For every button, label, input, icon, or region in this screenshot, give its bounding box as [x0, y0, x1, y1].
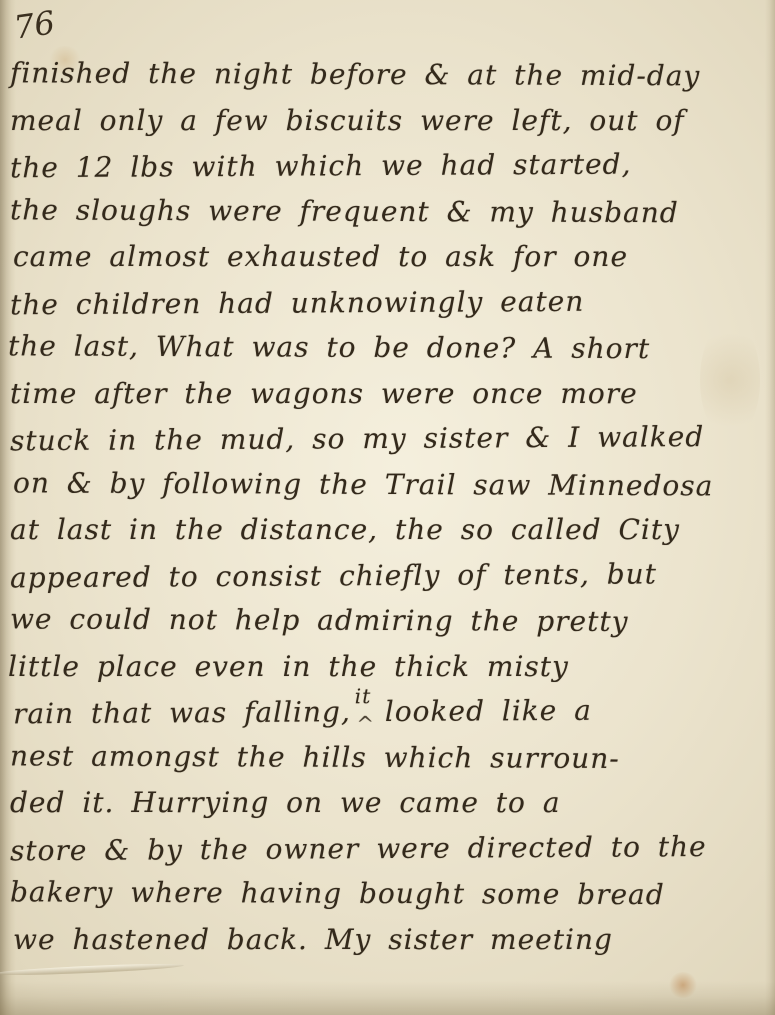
manuscript-text: finished the night before & at the mid-d…	[10, 52, 771, 962]
line-segment: looked like a	[385, 694, 592, 728]
inserted-word: it^	[354, 693, 382, 721]
manuscript-line: little place even in the thick misty	[8, 644, 771, 690]
manuscript-line: time after the wagons were once more	[10, 371, 771, 417]
page-number: 76	[12, 3, 58, 46]
manuscript-line: stuck in the mud, so my sister & I walke…	[10, 414, 771, 464]
manuscript-line: on & by following the Trail saw Minnedos…	[13, 460, 771, 509]
manuscript-line: the last, What was to be done? A short	[8, 323, 771, 372]
manuscript-line: we could not help admiring the pretty	[10, 596, 771, 645]
manuscript-line: the children had unknowingly eaten	[10, 277, 771, 327]
manuscript-line: ded it. Hurrying on we came to a	[10, 780, 771, 826]
paper-crease	[0, 962, 184, 977]
page-bottom-edge	[0, 981, 775, 1015]
manuscript-line: the sloughs were frequent & my husband	[10, 187, 771, 236]
manuscript-line: meal only a few biscuits were left, out …	[10, 98, 771, 144]
line-segment: rain that was falling,	[13, 695, 351, 730]
manuscript-line: bakery where having bought some bread	[10, 869, 771, 918]
manuscript-line: we hastened back. My sister meeting	[13, 917, 771, 963]
manuscript-line: at last in the distance, the so called C…	[10, 507, 771, 553]
manuscript-line: appeared to consist chiefly of tents, bu…	[10, 550, 771, 600]
manuscript-page: 76 finished the night before & at the mi…	[0, 0, 775, 1015]
manuscript-line: rain that was falling,it^looked like a	[13, 687, 771, 737]
manuscript-line: the 12 lbs with which we had started,	[10, 141, 771, 191]
manuscript-line: came almost exhausted to ask for one	[13, 234, 771, 280]
manuscript-line: nest amongst the hills which surroun-	[10, 733, 771, 782]
manuscript-line: finished the night before & at the mid-d…	[10, 50, 771, 99]
manuscript-line: store & by the owner were directed to th…	[10, 823, 771, 873]
paper-stain	[668, 972, 698, 998]
